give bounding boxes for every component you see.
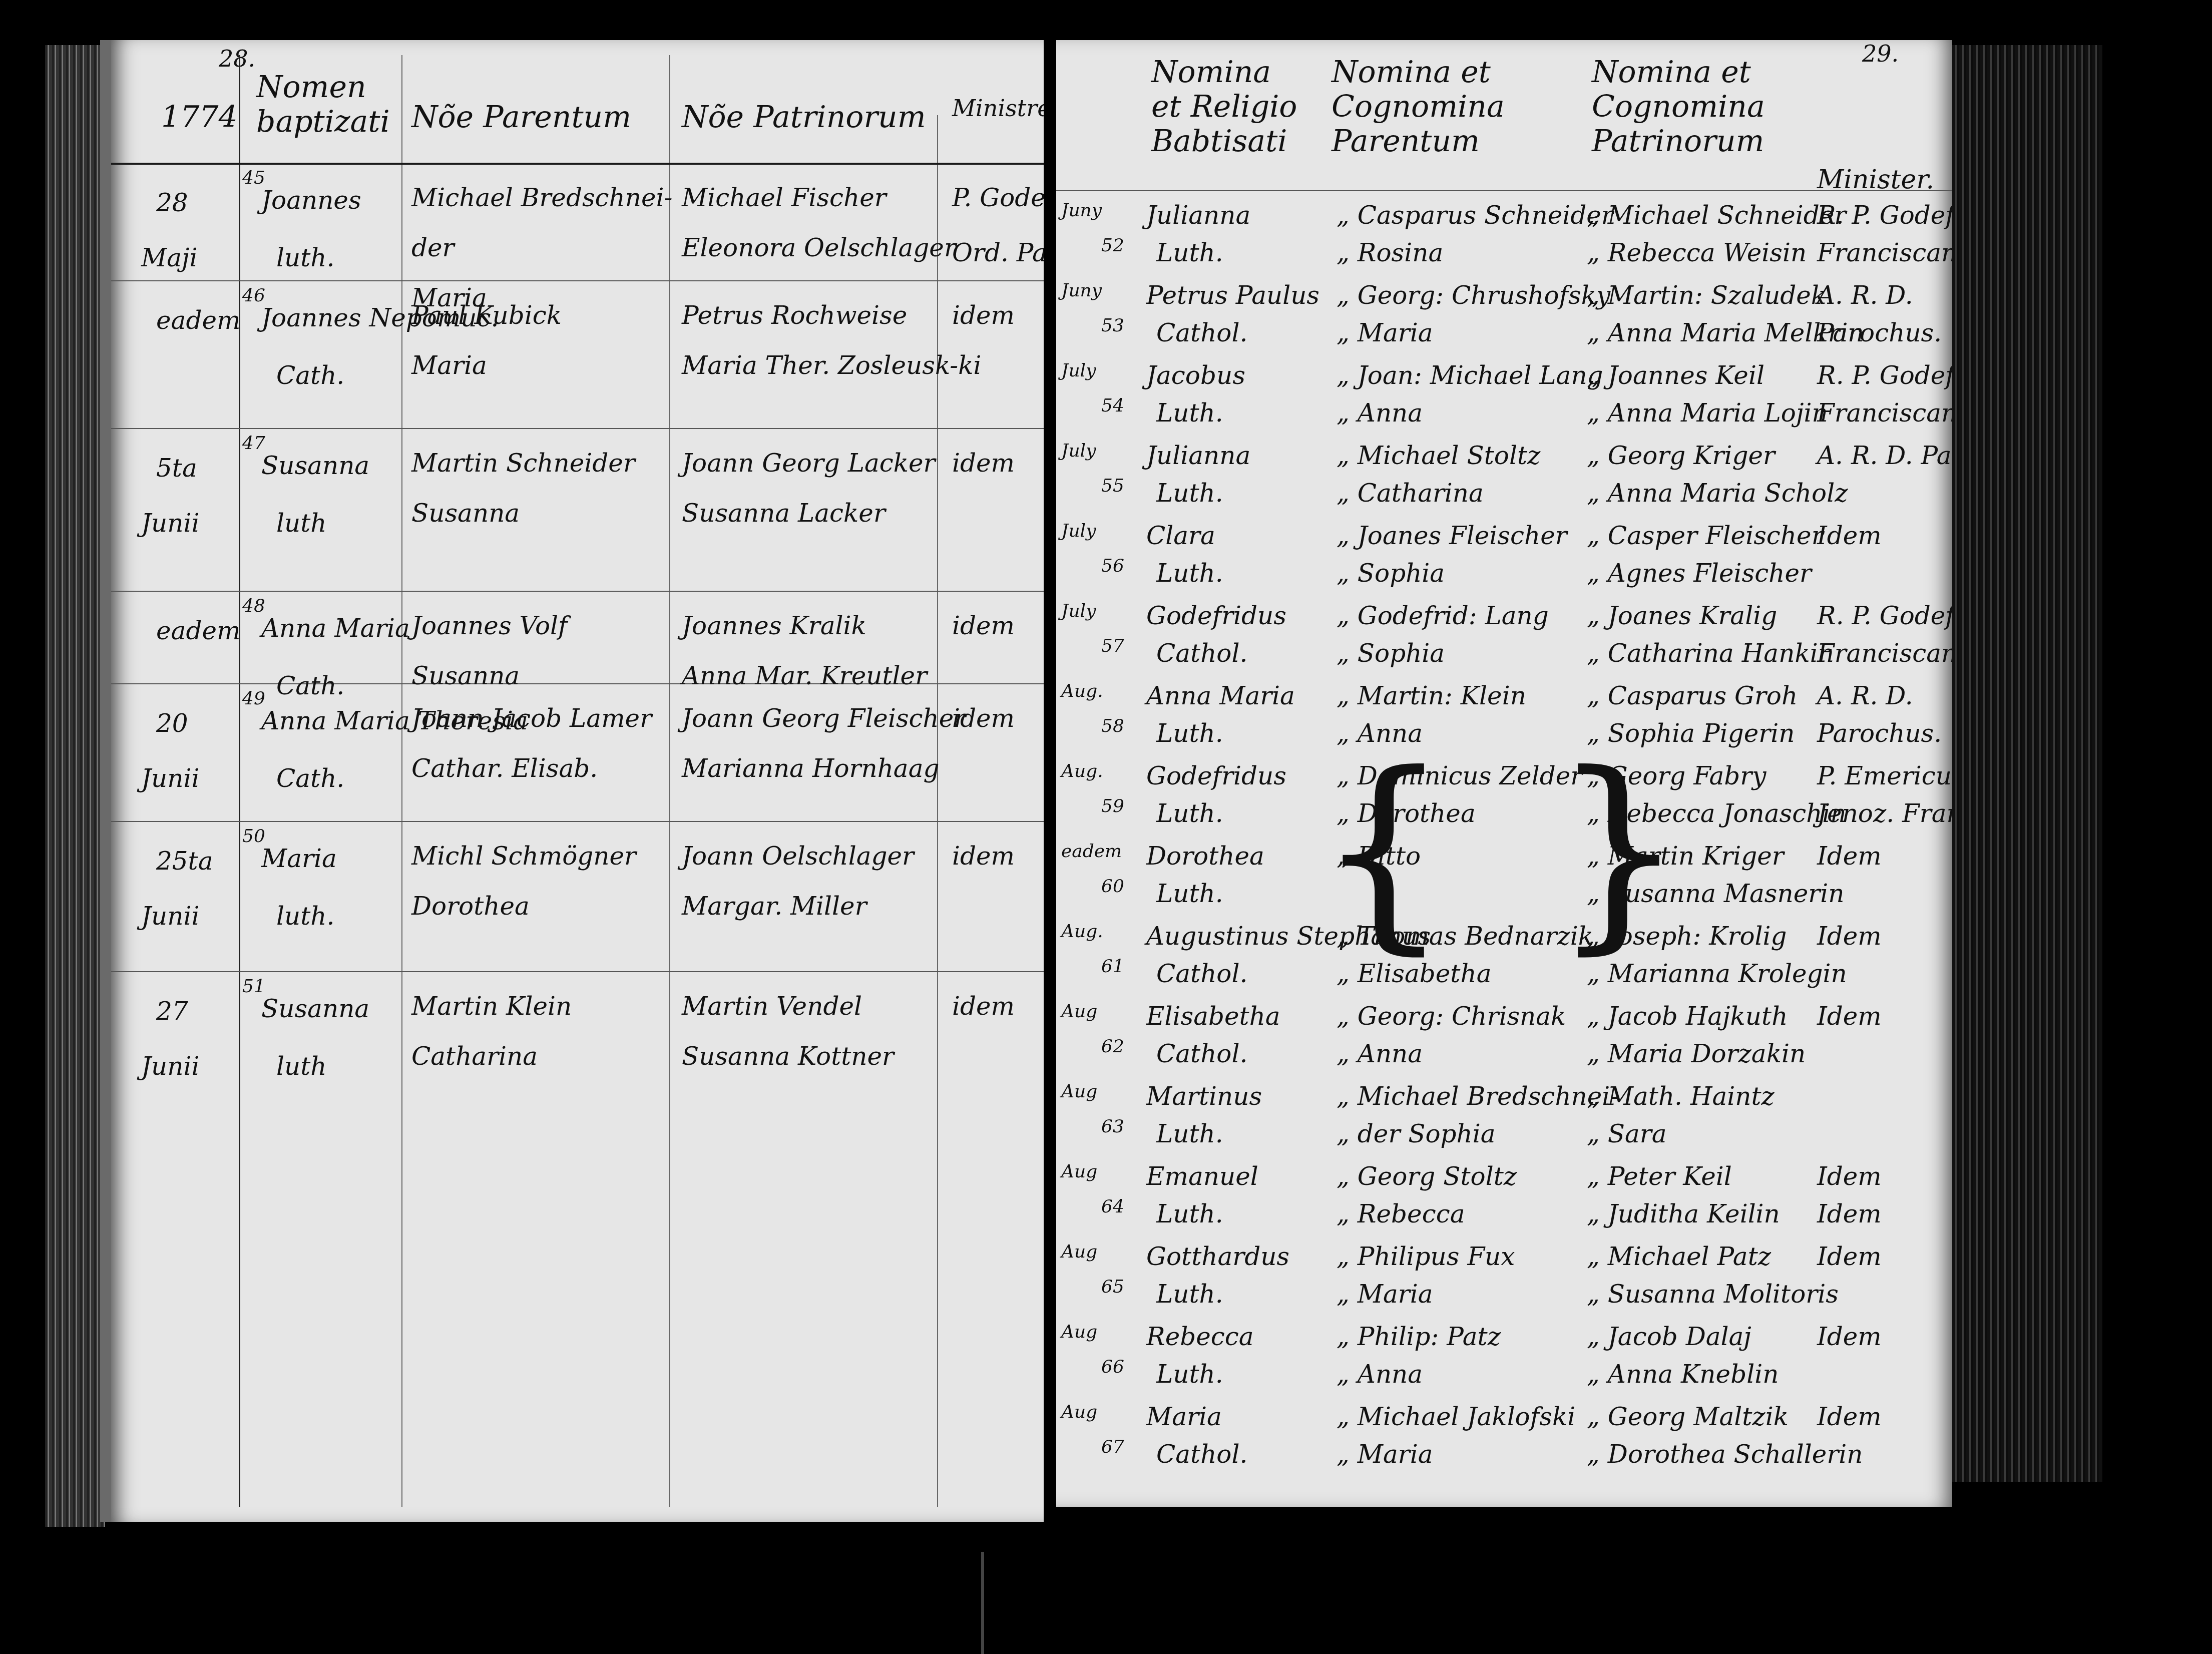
- child-religion: Luth.: [1156, 1199, 1223, 1229]
- entry-date-day: 25ta: [156, 846, 213, 876]
- child-religion: Cathol.: [1156, 318, 1247, 348]
- child-name: Clara: [1146, 521, 1215, 551]
- godparent-name: Margar. Miller: [682, 891, 867, 921]
- row-rule: [111, 163, 1057, 165]
- entry-date: July: [1061, 441, 1096, 461]
- godparent-name: Joann Georg Fleischer: [682, 703, 966, 733]
- child-religion: Cathol.: [1156, 959, 1247, 989]
- column-rule: [401, 55, 402, 1507]
- parent-name: Martin Schneider: [411, 448, 635, 478]
- parent-name: Paul Kubick: [411, 300, 562, 330]
- parent-name: Martin Klein: [411, 991, 572, 1021]
- entry-number: 53: [1101, 315, 1124, 336]
- godparent-name: „ Maria Dorzakin: [1587, 1039, 1806, 1069]
- child-name: Godefridus: [1146, 601, 1286, 631]
- row-rule: [111, 971, 1057, 972]
- godparent-name: Anna Mar. Kreutler: [682, 661, 927, 691]
- child-name: Rebecca: [1146, 1322, 1254, 1352]
- minister-name: Idem: [1817, 1199, 1882, 1229]
- minister-name: A. R. D.: [1817, 681, 1913, 711]
- parent-name: „ Godefrid: Lang: [1337, 601, 1549, 631]
- child-name: Julianna: [1146, 441, 1250, 471]
- entry-number: 62: [1101, 1036, 1124, 1057]
- child-name: Susanna: [261, 451, 369, 481]
- right-header-godparents: Nomina et Cognomina Patrinorum: [1592, 55, 1792, 159]
- left-header-parents: Nõe Parentum: [411, 100, 631, 135]
- parent-name: „ Michael Stoltz: [1337, 441, 1540, 471]
- parent-name: „ Sophia: [1337, 558, 1445, 588]
- minister-name: Idem: [1817, 521, 1882, 551]
- entry-number: 54: [1101, 395, 1124, 416]
- minister-name: A. R. D.: [1817, 280, 1913, 310]
- entry-date: Aug: [1061, 1081, 1097, 1102]
- header-rule: [1056, 190, 1952, 191]
- godparent-name: „ Juditha Keilin: [1587, 1199, 1780, 1229]
- left-header-name: Nomen baptizati: [256, 70, 386, 139]
- minister-name: Idem: [1817, 1242, 1882, 1272]
- child-religion: Luth.: [1156, 1279, 1223, 1309]
- column-rule: [937, 115, 938, 1507]
- parent-name: „ Michael Jaklofski: [1337, 1402, 1575, 1432]
- godparent-name: „ Sara: [1587, 1119, 1667, 1149]
- register-entry: Aug65GotthardusLuth.„ Philipus Fux„ Mari…: [1056, 1242, 1952, 1292]
- child-religion: Cath.: [276, 763, 344, 793]
- child-religion: Cath.: [276, 671, 344, 701]
- child-religion: Luth.: [1156, 238, 1223, 268]
- book-page-edges: [1952, 45, 2102, 1482]
- godparent-name: „ Agnes Fleischer: [1587, 558, 1812, 588]
- child-name: Maria: [1146, 1402, 1222, 1432]
- godparent-name: „ Jacob Dalaj: [1587, 1322, 1751, 1352]
- child-name: Anna Maria: [261, 613, 410, 643]
- entry-date-month: Junii: [141, 901, 199, 931]
- entry-number: 55: [1101, 476, 1124, 496]
- entry-date: Aug.: [1061, 761, 1103, 781]
- register-entry: Aug63MartinusLuth.„ Michael Bredschnei-„…: [1056, 1081, 1952, 1131]
- godparent-name: Petrus Rochweise: [682, 300, 907, 330]
- parent-name: „ Joanes Fleischer: [1337, 521, 1567, 551]
- right-page-number: 29.: [1862, 40, 1899, 67]
- entry-number: 57: [1101, 636, 1124, 656]
- minister-name: Parochus.: [1817, 318, 1942, 348]
- scan-artifact: [981, 1552, 984, 1654]
- entry-date: Juny: [1061, 200, 1102, 221]
- row-rule: [111, 821, 1057, 822]
- entry-number: 67: [1101, 1437, 1124, 1457]
- godparent-name: „ Jacob Hajkuth: [1587, 1001, 1788, 1031]
- child-name: Godefridus: [1146, 761, 1286, 791]
- parent-name: „ Philip: Patz: [1337, 1322, 1501, 1352]
- entry-date: Aug: [1061, 1001, 1097, 1022]
- godparent-name: „ Anna Maria Lojin: [1587, 398, 1828, 428]
- register-entry: Aug.61Augustinus StephanusCathol.„ Thoma…: [1056, 921, 1952, 971]
- child-name: Martinus: [1146, 1081, 1262, 1111]
- parent-name: „ Michael Bredschnei-: [1337, 1081, 1618, 1111]
- register-entry: Aug66RebeccaLuth.„ Philip: Patz„ Anna„ J…: [1056, 1322, 1952, 1372]
- godparent-name: „ Dorothea Schallerin: [1587, 1439, 1863, 1469]
- entry-date: Aug: [1061, 1161, 1097, 1182]
- minister-name: idem: [952, 703, 1015, 733]
- godparent-name: „ Rebecca Weisin: [1587, 238, 1807, 268]
- register-entry: Juny52JuliannaLuth.„ Casparus Schneider„…: [1056, 200, 1952, 250]
- child-religion: Luth.: [1156, 879, 1223, 909]
- minister-name: Idem: [1817, 1001, 1882, 1031]
- child-religion: Luth.: [1156, 398, 1223, 428]
- child-religion: Cathol.: [1156, 1039, 1247, 1069]
- entry-date: Aug.: [1061, 921, 1103, 942]
- godparent-name: „ Anna Maria Scholz: [1587, 478, 1848, 508]
- entry-date-day: 27: [156, 996, 188, 1026]
- entry-date-day: 28: [156, 188, 188, 218]
- godparent-name: Susanna Lacker: [682, 498, 886, 528]
- parent-name: „ Georg: Chrisnak: [1337, 1001, 1566, 1031]
- child-religion: Luth.: [1156, 798, 1223, 829]
- child-religion: luth.: [276, 901, 334, 931]
- child-name: Emanuel: [1146, 1161, 1258, 1191]
- row-rule: [111, 591, 1057, 592]
- child-name: Petrus Paulus: [1146, 280, 1319, 310]
- entry-date: Aug: [1061, 1322, 1097, 1342]
- register-entry: July54JacobusLuth.„ Joan: Michael Lang„ …: [1056, 360, 1952, 410]
- register-entry: July57GodefridusCathol.„ Godefrid: Lang„…: [1056, 601, 1952, 651]
- minister-name: Idem: [1817, 1161, 1882, 1191]
- minister-name: idem: [952, 611, 1015, 641]
- godparent-name: Joannes Kralik: [682, 611, 866, 641]
- register-entry: July55JuliannaLuth.„ Michael Stoltz„ Cat…: [1056, 441, 1952, 491]
- godparent-name: „ Anna Kneblin: [1587, 1359, 1779, 1389]
- right-page: 29. Nomina et Religio Babtisati Nomina e…: [1056, 40, 1952, 1507]
- godparent-name: „ Michael Patz: [1587, 1242, 1771, 1272]
- left-page: 28. 1774 Nomen baptizati Nõe Parentum Nõ…: [100, 40, 1057, 1522]
- godparent-name: Michael Fischer: [682, 183, 887, 213]
- godparent-name: Joann Oelschlager: [682, 841, 914, 871]
- register-entry: eadem60DorotheaLuth.„ Ditto„ Martin Krig…: [1056, 841, 1952, 891]
- godparent-name: „ Peter Keil: [1587, 1161, 1732, 1191]
- minister-name: Idem: [1817, 1402, 1882, 1432]
- godparent-name: „ Joanes Kralig: [1587, 601, 1777, 631]
- parent-name: Joann Jacob Lamer: [411, 703, 652, 733]
- godparent-name: „ Catharina Hankin: [1587, 638, 1834, 668]
- child-religion: luth: [276, 1051, 327, 1081]
- child-name: Elisabetha: [1146, 1001, 1280, 1031]
- child-name: Gotthardus: [1146, 1242, 1289, 1272]
- minister-name: Parochus.: [1817, 718, 1942, 748]
- entry-number: 65: [1101, 1277, 1124, 1297]
- entry-date-day: eadem: [156, 616, 240, 646]
- minister-name: idem: [952, 841, 1015, 871]
- parent-name: Susanna: [411, 498, 520, 528]
- left-page-number: 28.: [219, 45, 255, 72]
- child-name: Susanna: [261, 994, 369, 1024]
- right-header-parents: Nomina et Cognomina Parentum: [1332, 55, 1562, 159]
- parent-name: „ Georg Stoltz: [1337, 1161, 1517, 1191]
- entry-date-day: 20: [156, 708, 188, 738]
- godparent-name: Eleonora Oelschlager: [682, 233, 956, 263]
- parent-name: „ Rosina: [1337, 238, 1443, 268]
- entry-number: 52: [1101, 235, 1124, 256]
- entry-number: 61: [1101, 956, 1124, 977]
- entry-number: 64: [1101, 1196, 1124, 1217]
- register-entry: July56ClaraLuth.„ Joanes Fleischer„ Soph…: [1056, 521, 1952, 571]
- child-religion: Cathol.: [1156, 638, 1247, 668]
- godparent-name: Susanna Kottner: [682, 1041, 894, 1071]
- child-religion: Luth.: [1156, 1119, 1223, 1149]
- register-entry: Aug.59GodefridusLuth.„ Dominicus Zelder„…: [1056, 761, 1952, 811]
- godparent-name: Marianna Hornhaag: [682, 753, 939, 783]
- left-header-year: 1774: [161, 100, 238, 135]
- entry-date-month: Maji: [141, 243, 198, 273]
- register-entry: Aug62ElisabethaCathol.„ Georg: Chrisnak„…: [1056, 1001, 1952, 1051]
- child-religion: Luth.: [1156, 718, 1223, 748]
- grouping-brace: }: [1552, 746, 1685, 956]
- register-entry: Aug64EmanuelLuth.„ Georg Stoltz„ Rebecca…: [1056, 1161, 1952, 1211]
- entry-number: 63: [1101, 1116, 1124, 1137]
- grouping-brace: {: [1316, 746, 1450, 956]
- parent-name: „ Casparus Schneider: [1337, 200, 1613, 230]
- parent-name: „ Rebecca: [1337, 1199, 1465, 1229]
- minister-name: Idem: [1817, 921, 1882, 951]
- row-rule: [111, 428, 1057, 429]
- child-religion: luth.: [276, 243, 334, 273]
- register-entry: Aug.58Anna MariaLuth.„ Martin: Klein„ An…: [1056, 681, 1952, 731]
- entry-number: 66: [1101, 1357, 1124, 1377]
- entry-date-month: Junii: [141, 1051, 199, 1081]
- child-religion: Cathol.: [1156, 1439, 1247, 1469]
- minister-name: P. Emericus: [1817, 761, 1965, 791]
- entry-number: 60: [1101, 876, 1124, 897]
- godparent-name: „ Math. Haintz: [1587, 1081, 1775, 1111]
- child-name: Dorothea: [1146, 841, 1264, 871]
- parent-name: „ Georg: Chrushofsky: [1337, 280, 1610, 310]
- parent-name: Joannes Volf: [411, 611, 568, 641]
- godparent-name: „ Georg Maltzik: [1587, 1402, 1789, 1432]
- left-header-godparents: Nõe Patrinorum: [682, 100, 926, 135]
- godparent-name: „ Martin: Szaludek: [1587, 280, 1826, 310]
- parent-name: „ Joan: Michael Lang: [1337, 360, 1603, 390]
- parent-name: Maria: [411, 350, 487, 380]
- column-rule: [239, 55, 240, 1507]
- parent-name: der: [411, 233, 455, 263]
- minister-name: idem: [952, 991, 1015, 1021]
- child-religion: Cath.: [276, 360, 344, 390]
- parent-name: „ Maria: [1337, 318, 1433, 348]
- parent-name: Cathar. Elisab.: [411, 753, 598, 783]
- parent-name: „ Martin: Klein: [1337, 681, 1526, 711]
- entry-date: July: [1061, 601, 1096, 621]
- entry-date: July: [1061, 360, 1096, 381]
- entry-date-day: eadem: [156, 305, 240, 335]
- book-edge-left: [45, 45, 105, 1527]
- entry-date: eadem: [1061, 841, 1122, 862]
- parent-name: Michl Schmögner: [411, 841, 636, 871]
- entry-number: 58: [1101, 716, 1124, 736]
- parent-name: „ der Sophia: [1337, 1119, 1496, 1149]
- child-religion: Luth.: [1156, 478, 1223, 508]
- child-name: Anna Maria: [1146, 681, 1295, 711]
- parent-name: Dorothea: [411, 891, 530, 921]
- row-rule: [111, 280, 1057, 281]
- entry-date-day: 5ta: [156, 453, 197, 483]
- column-rule: [669, 55, 670, 1507]
- entry-number: 59: [1101, 796, 1124, 816]
- entry-date: Juny: [1061, 280, 1102, 301]
- parent-name: „ Philipus Fux: [1337, 1242, 1515, 1272]
- minister-name: Idem: [1817, 841, 1882, 871]
- minister-name: idem: [952, 448, 1015, 478]
- parent-name: Catharina: [411, 1041, 538, 1071]
- parent-name: „ Maria: [1337, 1279, 1433, 1309]
- parent-name: „ Anna: [1337, 398, 1423, 428]
- godparent-name: „ Casper Fleischer: [1587, 521, 1824, 551]
- entry-date: Aug: [1061, 1402, 1097, 1422]
- entry-date: Aug.: [1061, 681, 1103, 701]
- godparent-name: „ Casparus Groh: [1587, 681, 1798, 711]
- godparent-name: „ Joannes Keil: [1587, 360, 1764, 390]
- entry-date-month: Junii: [141, 763, 199, 793]
- child-religion: Luth.: [1156, 1359, 1223, 1389]
- child-name: Jacobus: [1146, 360, 1245, 390]
- entry-date: July: [1061, 521, 1096, 541]
- parent-name: „ Catharina: [1337, 478, 1484, 508]
- parent-name: Michael Bredschnei-: [411, 183, 672, 213]
- register-entry: Juny53Petrus PaulusCathol.„ Georg: Chrus…: [1056, 280, 1952, 330]
- parent-name: „ Anna: [1337, 1359, 1423, 1389]
- godparent-name: „ Michael Schneider: [1587, 200, 1846, 230]
- entry-date: Aug: [1061, 1242, 1097, 1262]
- child-religion: Luth.: [1156, 558, 1223, 588]
- parent-name: Susanna: [411, 661, 520, 691]
- godparent-name: „ Susanna Molitoris: [1587, 1279, 1839, 1309]
- register-entry: Aug67MariaCathol.„ Michael Jaklofski„ Ma…: [1056, 1402, 1952, 1452]
- godparent-name: Martin Vendel: [682, 991, 862, 1021]
- child-religion: luth: [276, 508, 327, 538]
- child-name: Maria: [261, 844, 337, 874]
- parent-name: „ Maria: [1337, 1439, 1433, 1469]
- entry-number: 56: [1101, 556, 1124, 576]
- minister-name: idem: [952, 300, 1015, 330]
- child-name: Julianna: [1146, 200, 1250, 230]
- godparent-name: „ Georg Kriger: [1587, 441, 1775, 471]
- parent-name: „ Anna: [1337, 1039, 1423, 1069]
- parent-name: „ Sophia: [1337, 638, 1445, 668]
- child-name: Joannes: [261, 185, 361, 215]
- entry-date-month: Junii: [141, 508, 199, 538]
- godparent-name: Joann Georg Lacker: [682, 448, 936, 478]
- minister-name: Idem: [1817, 1322, 1882, 1352]
- right-header-name: Nomina et Religio Babtisati: [1151, 55, 1301, 159]
- godparent-name: Maria Ther. Zosleusk-ki: [682, 350, 982, 380]
